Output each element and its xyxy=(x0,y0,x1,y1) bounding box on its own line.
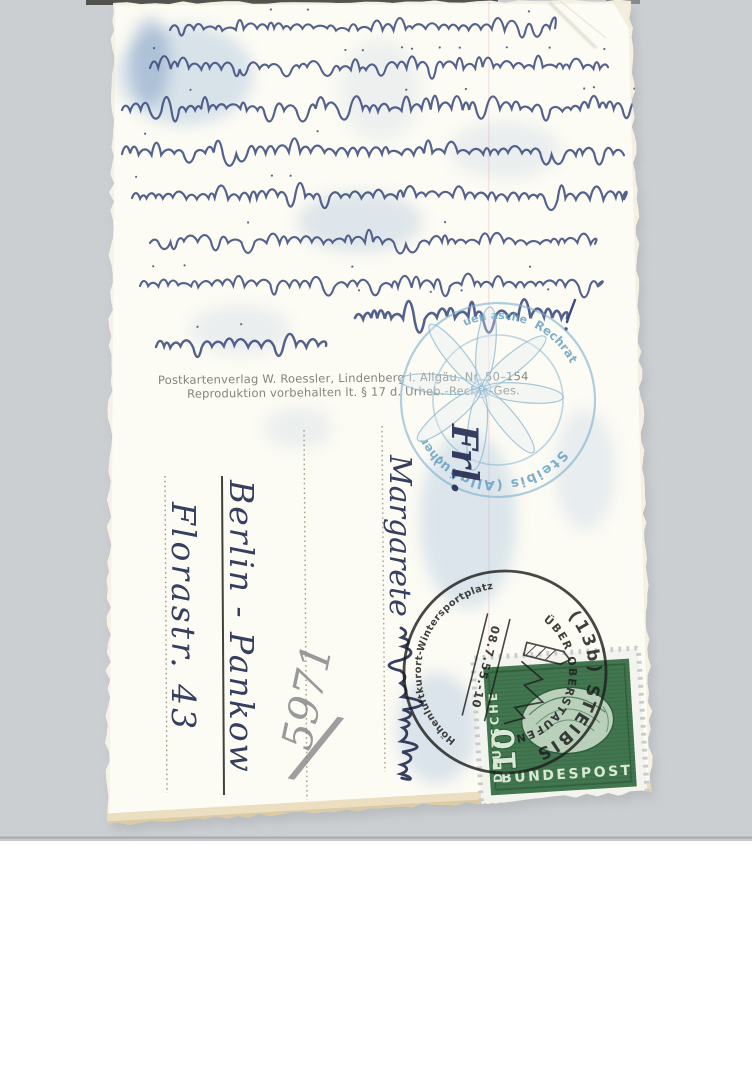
page-background xyxy=(0,841,752,1072)
city-line-handwriting: Berlin - Pankow xyxy=(222,479,261,774)
scanner-divider-line xyxy=(0,837,752,839)
postage-stamp: 10 DEUTSCHE BUNDESPOST xyxy=(473,648,648,806)
scanner-divider-shade xyxy=(0,839,752,841)
salutation-handwriting: Frl. xyxy=(443,423,485,494)
street-line-handwriting: Florastr. 43 xyxy=(164,501,203,732)
postcard-scan: Postkartenverlag W. Roessler, Lindenberg… xyxy=(0,0,752,1072)
addressee-first-name-handwriting: Margarete xyxy=(382,454,417,617)
